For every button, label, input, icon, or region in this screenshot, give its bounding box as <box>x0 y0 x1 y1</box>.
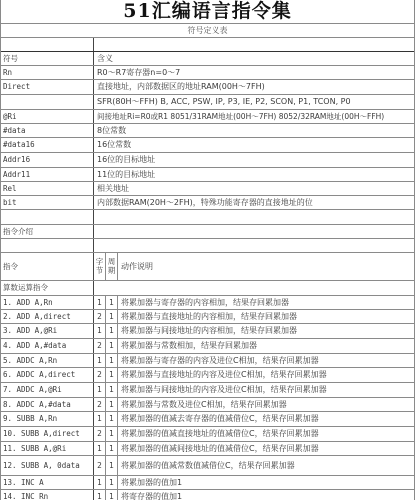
blank-cell <box>94 281 414 295</box>
section-intro-label: 指令介绍 <box>1 225 94 238</box>
cycles-cell: 1 <box>106 339 118 353</box>
symbol-cell: #data16 <box>1 138 94 152</box>
bytes-cell: 2 <box>94 456 106 475</box>
cycles-cell: 1 <box>106 456 118 475</box>
meaning-cell: 直接地址，内部数据区的地址RAM(00H～7FH) <box>94 80 414 94</box>
bytes-cell: 2 <box>94 339 106 353</box>
cycles-cell: 1 <box>106 427 118 441</box>
cycles-cell: 1 <box>106 442 118 455</box>
symbol-row: SFR(80H～FFH) B, ACC, PSW, IP, P3, IE, P2… <box>1 95 414 110</box>
section-row: 指令介绍 <box>1 225 414 239</box>
instr-row: 14. INC Rn 1 1 将寄存器的值加1 <box>1 490 414 500</box>
header-bytes-bottom: 节 <box>96 267 104 275</box>
bytes-cell: 2 <box>94 310 106 323</box>
instr-cell: 6. ADDC A,direct <box>1 368 94 382</box>
symbol-row: Addr16 16位的目标地址 <box>1 153 414 168</box>
blank-cell <box>1 210 94 224</box>
instr-row: 13. INC A 1 1 将累加器的值加1 <box>1 476 414 490</box>
bytes-cell: 1 <box>94 442 106 455</box>
blank-cell <box>94 38 414 51</box>
action-cell: 将累加器与直接地址的内容及进位C相加，结果存回累加器 <box>118 368 414 382</box>
bytes-cell: 2 <box>94 427 106 441</box>
meaning-cell: 间接地址Ri=R0或R1 8051/31RAM地址(00H～7FH) 8052/… <box>94 110 414 123</box>
cycles-cell: 1 <box>106 412 118 426</box>
bytes-cell: 1 <box>94 296 106 309</box>
instr-cell: 14. INC Rn <box>1 490 94 500</box>
symbol-row: #data16 16位常数 <box>1 138 414 153</box>
meaning-cell: 内部数据RAM(20H～2FH)，特殊功能寄存器的直接地址的位 <box>94 196 414 209</box>
symbol-cell: Direct <box>1 80 94 94</box>
symbol-cell <box>1 95 94 109</box>
instr-row: 9. SUBB A,Rn 1 1 将累加器的值减去寄存器的值减借位C，结果存回累… <box>1 412 414 427</box>
symbol-row: Rn R0～R7寄存器n=0～7 <box>1 66 414 80</box>
instr-cell: 7. ADDC A,@Ri <box>1 383 94 397</box>
header-cycles: 周 期 <box>106 253 118 280</box>
symbol-row: #data 8位常数 <box>1 124 414 138</box>
blank-row <box>1 210 414 225</box>
cycles-cell: 1 <box>106 310 118 323</box>
symbol-cell: Addr16 <box>1 153 94 167</box>
cycles-cell: 1 <box>106 368 118 382</box>
cycles-cell: 1 <box>106 476 118 489</box>
meaning-cell: 相关地址 <box>94 182 414 195</box>
cycles-cell: 1 <box>106 354 118 367</box>
action-cell: 将寄存器的值加1 <box>118 490 414 500</box>
blank-cell <box>94 210 414 224</box>
symbol-cell: Rel <box>1 182 94 195</box>
meaning-cell: 11位的目标地址 <box>94 168 414 181</box>
symbol-cell: #data <box>1 124 94 137</box>
action-cell: 将累加器的值减直接地址的值减借位C，结果存回累加器 <box>118 427 414 441</box>
bytes-cell: 1 <box>94 490 106 500</box>
instr-row: 8. ADDC A,#data 2 1 将累加器与常数及进位C相加，结果存回累加… <box>1 398 414 412</box>
action-cell: 将累加器与寄存器的内容相加，结果存回累加器 <box>118 296 414 309</box>
header-action: 动作说明 <box>118 253 414 280</box>
cycles-cell: 1 <box>106 490 118 500</box>
header-cycles-bottom: 期 <box>108 267 116 275</box>
blank-row <box>1 38 414 52</box>
meaning-cell: SFR(80H～FFH) B, ACC, PSW, IP, P3, IE, P2… <box>94 95 414 109</box>
symbol-cell: Rn <box>1 66 94 79</box>
group-row: 算数运算指令 <box>1 281 414 296</box>
title-row: 51汇编语言指令集 <box>1 0 414 24</box>
meaning-cell: 16位常数 <box>94 138 414 152</box>
page-title: 51汇编语言指令集 <box>1 0 414 23</box>
instr-cell: 2. ADD A,direct <box>1 310 94 323</box>
instr-row: 7. ADDC A,@Ri 1 1 将累加器与间接地址的内容及进位C相加，结果存… <box>1 383 414 398</box>
action-cell: 将累加器与间接地址的内容及进位C相加，结果存回累加器 <box>118 383 414 397</box>
header-symbol: 符号 <box>1 52 94 65</box>
action-cell: 将累加器与间接地址的内容相加，结果存回累加器 <box>118 324 414 338</box>
symbol-table-header: 符号 含义 <box>1 52 414 66</box>
instr-cell: 1. ADD A,Rn <box>1 296 94 309</box>
action-cell: 将累加器的值减常数值减借位C，结果存回累加器 <box>118 456 414 475</box>
bytes-cell: 2 <box>94 368 106 382</box>
cycles-cell: 1 <box>106 296 118 309</box>
symbol-cell: @Ri <box>1 110 94 123</box>
spreadsheet: 51汇编语言指令集 符号定义表 符号 含义 Rn R0～R7寄存器n=0～7 D… <box>0 0 415 500</box>
action-cell: 将累加器的值减去寄存器的值减借位C，结果存回累加器 <box>118 412 414 426</box>
cycles-cell: 1 <box>106 398 118 411</box>
instr-row: 10. SUBB A,direct 2 1 将累加器的值减直接地址的值减借位C，… <box>1 427 414 442</box>
symbol-row: bit 内部数据RAM(20H～2FH)，特殊功能寄存器的直接地址的位 <box>1 196 414 210</box>
header-bytes: 字 节 <box>94 253 106 280</box>
page-subtitle: 符号定义表 <box>1 24 414 37</box>
header-instruction: 指令 <box>1 253 94 280</box>
instr-cell: 5. ADDC A,Rn <box>1 354 94 367</box>
symbol-row: Rel 相关地址 <box>1 182 414 196</box>
instr-cell: 13. INC A <box>1 476 94 489</box>
blank-cell <box>94 225 414 238</box>
symbol-cell: bit <box>1 196 94 209</box>
bytes-cell: 1 <box>94 383 106 397</box>
bytes-cell: 1 <box>94 476 106 489</box>
instr-cell: 11. SUBB A,@Ri <box>1 442 94 455</box>
instr-row: 6. ADDC A,direct 2 1 将累加器与直接地址的内容及进位C相加，… <box>1 368 414 383</box>
instr-row: 5. ADDC A,Rn 1 1 将累加器与寄存器的内容及进位C相加，结果存回累… <box>1 354 414 368</box>
bytes-cell: 1 <box>94 412 106 426</box>
bytes-cell: 1 <box>94 324 106 338</box>
instr-row: 3. ADD A,@Ri 1 1 将累加器与间接地址的内容相加，结果存回累加器 <box>1 324 414 339</box>
header-meaning: 含义 <box>94 52 414 65</box>
blank-cell <box>1 38 94 51</box>
instr-cell: 10. SUBB A,direct <box>1 427 94 441</box>
meaning-cell: R0～R7寄存器n=0～7 <box>94 66 414 79</box>
action-cell: 将累加器的值加1 <box>118 476 414 489</box>
cycles-cell: 1 <box>106 324 118 338</box>
bytes-cell: 1 <box>94 354 106 367</box>
blank-cell <box>1 239 94 252</box>
bytes-cell: 2 <box>94 398 106 411</box>
action-cell: 将累加器的值减间接地址的值减借位C，结果存回累加器 <box>118 442 414 455</box>
action-cell: 将累加器与直接地址的内容相加，结果存回累加器 <box>118 310 414 323</box>
meaning-cell: 16位的目标地址 <box>94 153 414 167</box>
symbol-row: @Ri 间接地址Ri=R0或R1 8051/31RAM地址(00H～7FH) 8… <box>1 110 414 124</box>
blank-cell <box>94 239 414 252</box>
symbol-row: Direct 直接地址，内部数据区的地址RAM(00H～7FH) <box>1 80 414 95</box>
blank-row <box>1 239 414 253</box>
instr-cell: 12. SUBB A, 0data <box>1 456 94 475</box>
instr-row: 11. SUBB A,@Ri 1 1 将累加器的值减间接地址的值减借位C，结果存… <box>1 442 414 456</box>
instr-row: 1. ADD A,Rn 1 1 将累加器与寄存器的内容相加，结果存回累加器 <box>1 296 414 310</box>
instr-row: 2. ADD A,direct 2 1 将累加器与直接地址的内容相加，结果存回累… <box>1 310 414 324</box>
instr-cell: 9. SUBB A,Rn <box>1 412 94 426</box>
cycles-cell: 1 <box>106 383 118 397</box>
action-cell: 将累加器与常数及进位C相加，结果存回累加器 <box>118 398 414 411</box>
instr-row: 4. ADD A,#data 2 1 将累加器与常数相加，结果存回累加器 <box>1 339 414 354</box>
symbol-cell: Addr11 <box>1 168 94 181</box>
instr-table-header: 指令 字 节 周 期 动作说明 <box>1 253 414 281</box>
action-cell: 将累加器与常数相加，结果存回累加器 <box>118 339 414 353</box>
action-cell: 将累加器与寄存器的内容及进位C相加，结果存回累加器 <box>118 354 414 367</box>
instr-cell: 8. ADDC A,#data <box>1 398 94 411</box>
instr-cell: 3. ADD A,@Ri <box>1 324 94 338</box>
subtitle-row: 符号定义表 <box>1 24 414 38</box>
instr-cell: 4. ADD A,#data <box>1 339 94 353</box>
group-label: 算数运算指令 <box>1 281 94 295</box>
meaning-cell: 8位常数 <box>94 124 414 137</box>
instr-row: 12. SUBB A, 0data 2 1 将累加器的值减常数值减借位C，结果存… <box>1 456 414 476</box>
symbol-row: Addr11 11位的目标地址 <box>1 168 414 182</box>
